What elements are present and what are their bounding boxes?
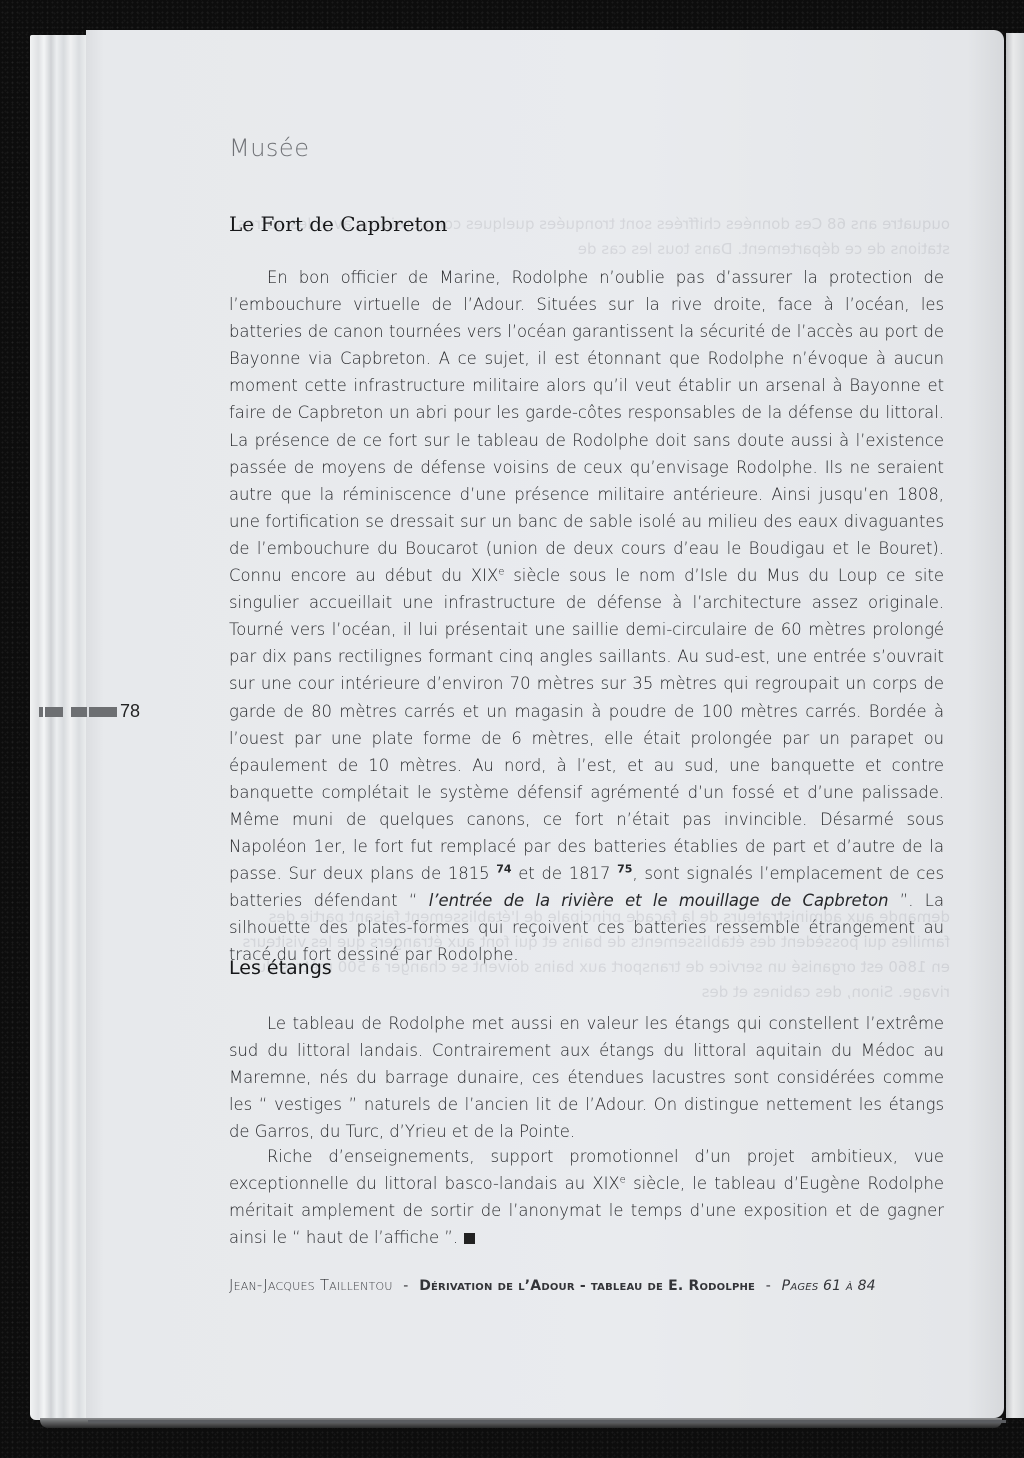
footnote-ref-74[interactable]: 74 <box>496 863 511 876</box>
paragraph-conclusion: Riche d’enseignements, support promotion… <box>229 1143 944 1251</box>
footer-page-range: Pages 61 à 84 <box>782 1278 876 1294</box>
page-number: 78 <box>120 701 140 722</box>
running-footer: Jean-Jacques Taillentou - Dérivation de … <box>229 1276 876 1294</box>
page-bottom-shadow <box>88 1420 1006 1423</box>
heading-fort-de-capbreton: Le Fort de Capbreton <box>229 212 447 236</box>
section-label: Musée <box>229 134 309 162</box>
footer-title: Dérivation de l’Adour - tableau de E. Ro… <box>419 1278 755 1294</box>
heading-les-etangs: Les étangs <box>229 957 332 979</box>
page-number-marker: 78 <box>30 703 150 725</box>
end-of-article-square-icon <box>464 1233 475 1244</box>
footer-separator: - <box>766 1278 771 1294</box>
paragraph-etangs: Le tableau de Rodolphe met aussi en vale… <box>229 1010 944 1145</box>
facing-page-edge <box>1006 33 1024 1418</box>
thumb-index-tab <box>35 707 117 717</box>
text-run: et de 1817 <box>512 864 618 883</box>
quoted-italic: l’entrée de la rivière et le mouillage d… <box>429 891 889 910</box>
text-run: siècle sous le nom d’Isle du Mus du Loup… <box>229 566 944 883</box>
footer-separator: - <box>403 1278 408 1294</box>
footer-author: Jean-Jacques Taillentou <box>229 1276 393 1294</box>
text-run: En bon officier de Marine, Rodolphe n’ou… <box>229 268 944 585</box>
section-label-text: Musée <box>229 134 309 162</box>
paragraph-fort: En bon officier de Marine, Rodolphe n’ou… <box>229 264 944 968</box>
footnote-ref-75[interactable]: 75 <box>617 863 632 876</box>
